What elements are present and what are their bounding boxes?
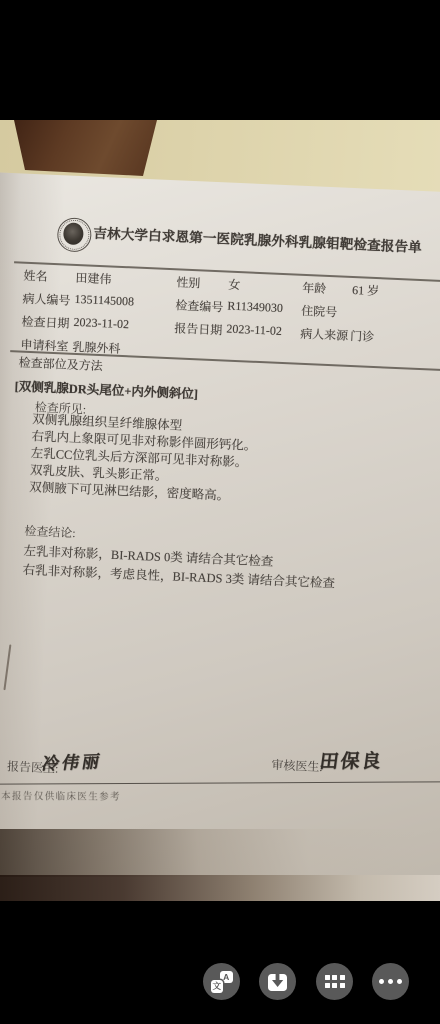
- report-date-value: 2023-11-02: [226, 322, 282, 339]
- report-date-label: 报告日期: [174, 319, 223, 338]
- patient-name-value: 田建伟: [75, 269, 112, 288]
- pen-scratch-mark: [3, 644, 11, 690]
- gender-label: 性别: [176, 273, 201, 291]
- report-doctor-signature: 冷伟丽: [40, 747, 104, 775]
- translate-button[interactable]: A 文: [203, 963, 240, 1000]
- admission-no-label: 住院号: [301, 302, 338, 321]
- conclusion-label: 检查结论:: [24, 522, 76, 541]
- patient-name-label: 姓名: [23, 267, 48, 285]
- signature-divider: [0, 781, 440, 785]
- grid-icon: [325, 975, 345, 988]
- review-doctor-signature: 田保良: [318, 746, 385, 774]
- finding-line: 双侧腋下可见淋巴结影，密度略高。: [29, 477, 230, 504]
- footer-note: 本报告仅供临床医生参考: [1, 788, 121, 803]
- hospital-seal-icon: [57, 217, 92, 252]
- patient-no-value: 1351145008: [74, 292, 134, 310]
- patient-no-label: 病人编号: [22, 290, 71, 309]
- report-title: 吉林大学白求恩第一医院乳腺外科乳腺钼靶检查报告单: [93, 222, 434, 257]
- photo-viewer-screen: 吉林大学白求恩第一医院乳腺外科乳腺钼靶检查报告单 姓名 田建伟 性别 女 年龄 …: [0, 0, 440, 1024]
- translate-icon: A 文: [211, 971, 233, 993]
- exam-date-label: 检查日期: [21, 313, 70, 332]
- more-icon: [379, 979, 403, 985]
- photo-image[interactable]: 吉林大学白求恩第一医院乳腺外科乳腺钼靶检查报告单 姓名 田建伟 性别 女 年龄 …: [0, 120, 440, 901]
- gender-value: 女: [228, 276, 241, 294]
- document-paper: 吉林大学白求恩第一医院乳腺外科乳腺钼靶检查报告单 姓名 田建伟 性别 女 年龄 …: [0, 172, 440, 901]
- source-value: 门诊: [350, 327, 375, 345]
- age-label: 年龄: [302, 279, 327, 297]
- exam-no-label: 检查编号: [175, 296, 224, 315]
- download-icon: [267, 971, 288, 992]
- age-value: 61 岁: [352, 281, 380, 299]
- section-method-label: 检查部位及方法: [18, 354, 103, 375]
- more-button[interactable]: [372, 963, 409, 1000]
- source-label: 病人来源: [300, 325, 349, 344]
- exam-no-value: R11349030: [227, 299, 283, 316]
- grid-button[interactable]: [316, 963, 353, 1000]
- review-doctor-label: 审核医生:: [271, 756, 323, 775]
- download-button[interactable]: [259, 963, 296, 1000]
- bottom-toolbar: A 文: [0, 901, 440, 1024]
- exam-date-value: 2023-11-02: [73, 315, 129, 332]
